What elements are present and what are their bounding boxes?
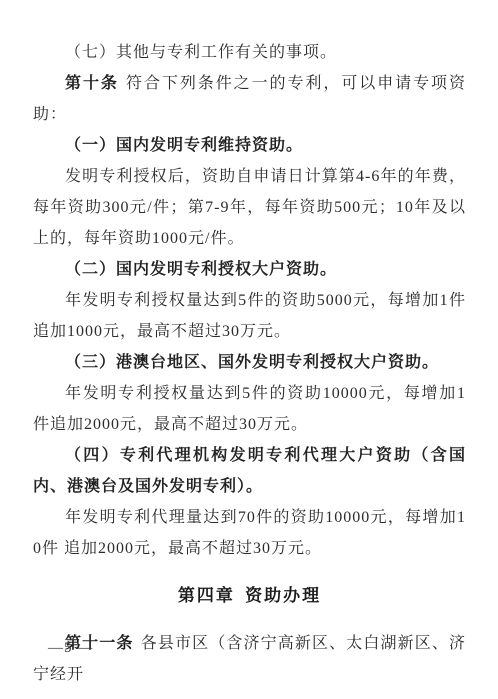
chapter-heading: 第四章资助办理	[33, 580, 466, 611]
subsidy-item-1-detail: 发明专利授权后，资助自申请日计算第4-6年的年费，每年资助300元/件；第7-9…	[33, 161, 466, 254]
clause-item-7: （七）其他与专利工作有关的事项。	[33, 37, 466, 68]
chapter-title: 资助办理	[245, 586, 321, 605]
subsidy-item-2-heading: （二）国内发明专利授权大户资助。	[33, 254, 466, 285]
article-11: 第十一条各县市区（含济宁高新区、太白湖新区、济宁经开	[33, 628, 466, 690]
chapter-number: 第四章	[178, 586, 235, 605]
article-10-term: 第十条	[65, 75, 119, 92]
subsidy-item-3-detail: 年发明专利授权量达到5件的资助10000元，每增加1件追加2000元，最高不超过…	[33, 378, 466, 440]
subsidy-item-2-detail: 年发明专利授权量达到5件的资助5000元，每增加1件追加1000元，最高不超过3…	[33, 285, 466, 347]
subsidy-item-4-heading: （四）专利代理机构发明专利代理大户资助（含国内、港澳台及国外发明专利）。	[33, 440, 466, 502]
subsidy-item-4-detail: 年发明专利代理量达到70件的资助10000元，每增加10件 追加2000元，最高…	[33, 502, 466, 564]
document-body: （七）其他与专利工作有关的事项。 第十条符合下列条件之一的专利，可以申请专项资助…	[33, 37, 466, 690]
article-10: 第十条符合下列条件之一的专利，可以申请专项资助：	[33, 68, 466, 130]
document-page: （七）其他与专利工作有关的事项。 第十条符合下列条件之一的专利，可以申请专项资助…	[0, 0, 498, 699]
page-number: —5 —	[48, 638, 93, 658]
subsidy-item-3-heading: （三）港澳台地区、国外发明专利授权大户资助。	[33, 347, 466, 378]
subsidy-item-1-heading: （一）国内发明专利维持资助。	[33, 130, 466, 161]
